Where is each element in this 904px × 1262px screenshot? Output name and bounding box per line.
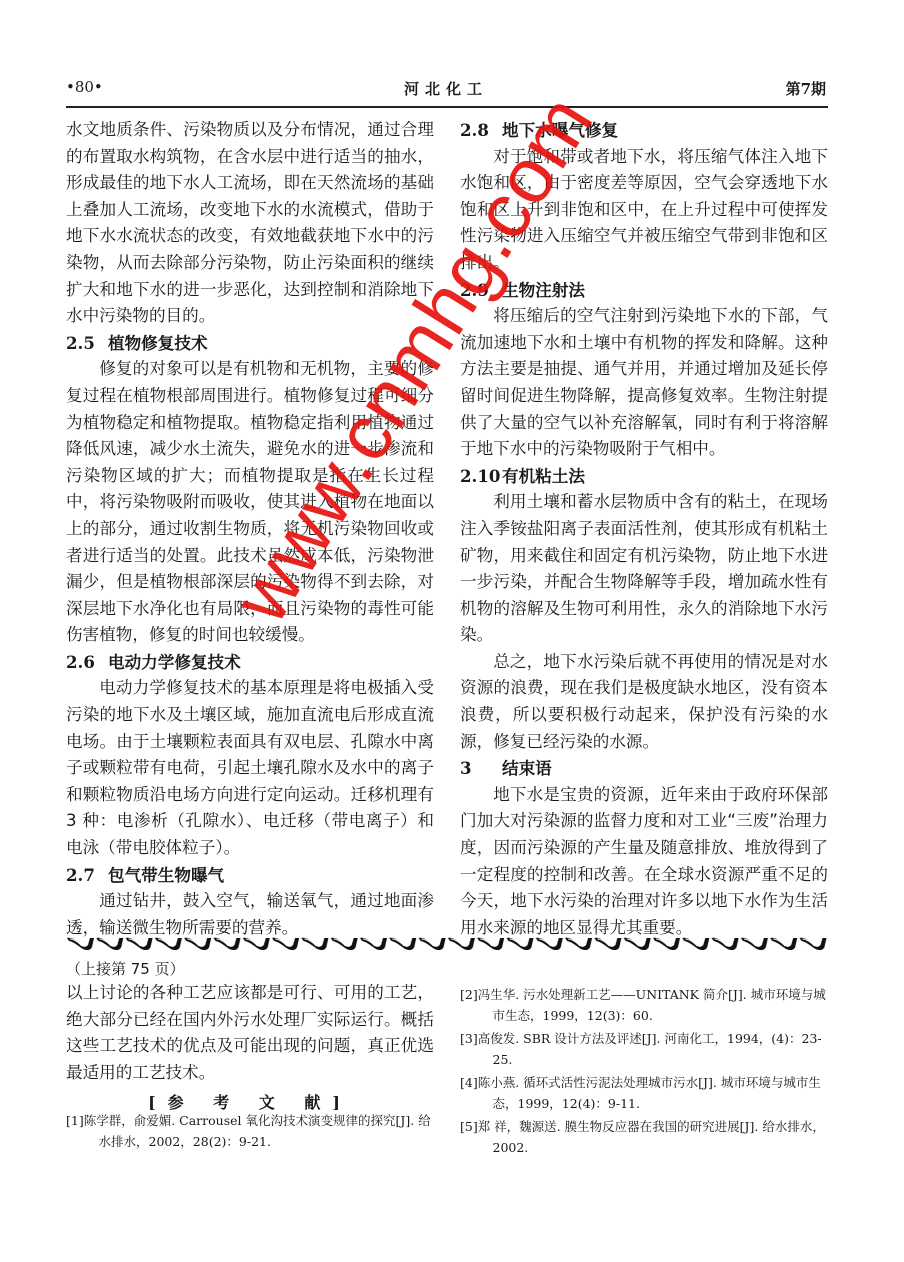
reference-item: [1]陈学群，俞爱媚. Carrousel 氧化沟技术演变规律的探究[J]. 给… xyxy=(66,1110,438,1152)
section-number: 2.10 xyxy=(460,463,502,490)
conclusion-body: 地下水是宝贵的资源，近年来由于政府环保部门加大对污染源的监督力度和对工业“三废”… xyxy=(460,782,828,942)
section-title: 地下水曝气修复 xyxy=(502,120,618,140)
journal-title: 河北化工 xyxy=(66,78,826,99)
issue-number: 第7期 xyxy=(786,78,826,99)
section-title: 包气带生物曝气 xyxy=(108,865,224,885)
section-title: 有机粘土法 xyxy=(502,466,585,486)
continued-article: （上接第 75 页） 以上讨论的各种工艺应该都是可行、可用的工艺，绝大部分已经在… xyxy=(66,958,434,1119)
section-heading-2-6: 2.6电动力学修复技术 xyxy=(66,649,434,676)
section-title: 植物修复技术 xyxy=(108,333,208,353)
section-body-2-8: 对于饱和带或者地下水，将压缩气体注入地下水饱和区，由于密度差等原因，空气会穿透地… xyxy=(460,144,828,277)
references-list-right: [2]冯生华. 污水处理新工艺——UNITANK 简介[J]. 城市环境与城市生… xyxy=(460,984,832,1160)
continued-from-note: （上接第 75 页） xyxy=(66,958,434,980)
reference-item: [5]郑 祥，魏源送. 膜生物反应器在我国的研究进展[J]. 给水排水，2002… xyxy=(460,1116,832,1158)
journal-page: •80• 河北化工 第7期 水文地质条件、污染物质以及分布情况，通过合理的布置取… xyxy=(0,0,904,1262)
section-number: 2.6 xyxy=(66,649,108,676)
wave-divider-ornament xyxy=(66,934,828,952)
section-body-2-10: 利用土壤和蓄水层物质中含有的粘土，在现场注入季铵盐阳离子表面活性剂，使其形成有机… xyxy=(460,489,828,649)
header-rule xyxy=(66,106,828,108)
section-number: 2.8 xyxy=(460,117,502,144)
section-heading-2-5: 2.5植物修复技术 xyxy=(66,330,434,357)
section-title: 结束语 xyxy=(502,758,552,778)
summary-paragraph: 总之，地下水污染后就不再使用的情况是对水资源的浪费，现在我们是极度缺水地区，没有… xyxy=(460,649,828,755)
left-column: 水文地质条件、污染物质以及分布情况，通过合理的布置取水构筑物，在含水层中进行适当… xyxy=(66,117,434,941)
reference-item: [4]陈小燕. 循环式活性污泥法处理城市污水[J]. 城市环境与城市生态，199… xyxy=(460,1072,832,1114)
running-header: •80• 河北化工 第7期 xyxy=(66,78,826,100)
section-heading-2-8: 2.8地下水曝气修复 xyxy=(460,117,828,144)
reference-item: [3]高俊发. SBR 设计方法及评述[J]. 河南化工，1994，(4)：23… xyxy=(460,1028,832,1070)
section-heading-2-10: 2.10有机粘土法 xyxy=(460,463,828,490)
references-list-left: [1]陈学群，俞爱媚. Carrousel 氧化沟技术演变规律的探究[J]. 给… xyxy=(66,1110,438,1154)
section-number: 2.5 xyxy=(66,330,108,357)
section-number: 2.7 xyxy=(66,862,108,889)
section-body-2-9: 将压缩后的空气注射到污染地下水的下部，气流加速地下水和土壤中有机物的挥发和降解。… xyxy=(460,303,828,463)
right-column: 2.8地下水曝气修复 对于饱和带或者地下水，将压缩气体注入地下水饱和区，由于密度… xyxy=(460,117,828,941)
section-title: 电动力学修复技术 xyxy=(108,652,241,672)
continuation-body: 以上讨论的各种工艺应该都是可行、可用的工艺，绝大部分已经在国内外污水处理厂实际运… xyxy=(66,980,434,1086)
section-number: 2.9 xyxy=(460,277,502,304)
section-body-2-5: 修复的对象可以是有机物和无机物，主要的修复过程在植物根部周围进行。植物修复过程可… xyxy=(66,356,434,649)
section-heading-2-7: 2.7包气带生物曝气 xyxy=(66,862,434,889)
section-title: 生物注射法 xyxy=(502,280,585,300)
section-body-2-6: 电动力学修复技术的基本原理是将电极插入受污染的地下水及土壤区域，施加直流电后形成… xyxy=(66,675,434,861)
section-heading-3: 3结束语 xyxy=(460,755,828,782)
reference-item: [2]冯生华. 污水处理新工艺——UNITANK 简介[J]. 城市环境与城市生… xyxy=(460,984,832,1026)
section-number: 3 xyxy=(460,755,502,782)
intro-paragraph: 水文地质条件、污染物质以及分布情况，通过合理的布置取水构筑物，在含水层中进行适当… xyxy=(66,117,434,330)
section-heading-2-9: 2.9生物注射法 xyxy=(460,277,828,304)
